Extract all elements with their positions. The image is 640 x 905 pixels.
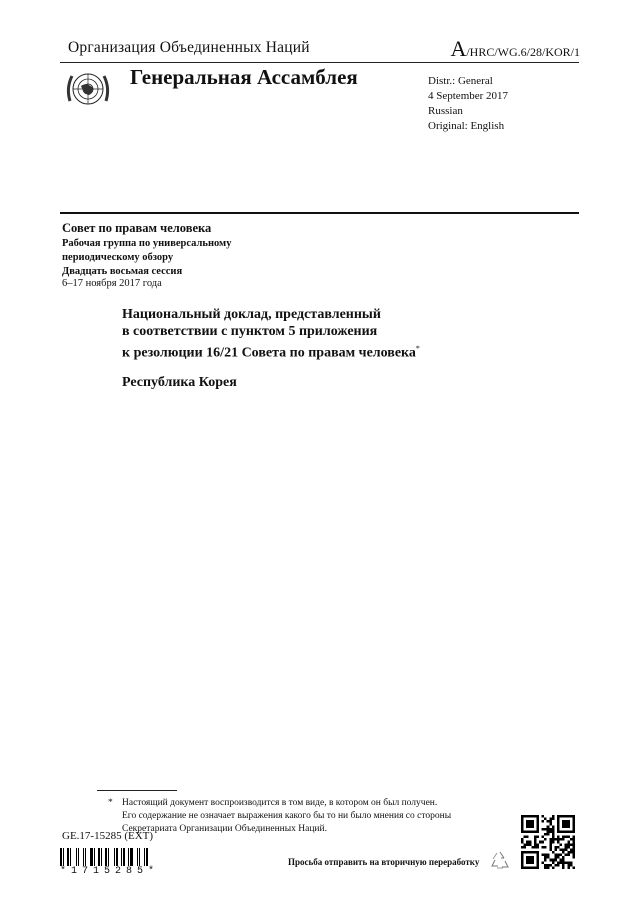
working-group-line1: Рабочая группа по универсальному bbox=[62, 237, 231, 251]
job-number: GE.17-15285 (EXT) bbox=[62, 830, 153, 842]
qr-code-icon bbox=[521, 815, 575, 869]
symbol-rest: /HRC/WG.6/28/KOR/1 bbox=[466, 45, 580, 59]
session-dates: 6–17 ноября 2017 года bbox=[62, 278, 162, 289]
footnote: * Настоящий документ воспроизводится в т… bbox=[108, 797, 451, 836]
document-symbol: A/HRC/WG.6/28/KOR/1 bbox=[450, 36, 580, 62]
distr-language: Russian bbox=[428, 104, 508, 119]
distr-status: Distr.: General bbox=[428, 74, 508, 89]
footnote-line2: Его содержание не означает выражения как… bbox=[122, 810, 451, 823]
symbol-prefix: A bbox=[450, 36, 466, 61]
working-group-line2: периодическому обзору bbox=[62, 251, 231, 265]
footnote-rule bbox=[97, 790, 177, 791]
council-name: Совет по правам человека bbox=[62, 221, 211, 236]
barcode-text: *1715285* bbox=[60, 866, 159, 877]
distr-date: 4 September 2017 bbox=[428, 89, 508, 104]
title-line3: к резолюции 16/21 Совета по правам челов… bbox=[122, 346, 416, 361]
recycle-text: Просьба отправить на вторичную переработ… bbox=[288, 857, 479, 867]
un-emblem-icon bbox=[62, 66, 114, 112]
recycle-icon bbox=[489, 850, 511, 870]
footnote-mark: * bbox=[416, 344, 420, 353]
distr-original: Original: English bbox=[428, 119, 508, 134]
footnote-line1: Настоящий документ воспроизводится в том… bbox=[122, 797, 451, 810]
footnote-star: * bbox=[108, 797, 113, 810]
title-line2: в соответствии с пунктом 5 приложения bbox=[122, 323, 420, 340]
footnote-line3: Секретариата Организации Объединенных На… bbox=[122, 823, 451, 836]
header-rule bbox=[60, 62, 579, 63]
session-name: Двадцать восьмая сессия bbox=[62, 265, 231, 279]
barcode-icon bbox=[60, 848, 155, 866]
organization-name: Организация Объединенных Наций bbox=[68, 39, 310, 57]
title-line1: Национальный доклад, представленный bbox=[122, 306, 420, 323]
distribution-block: Distr.: General 4 September 2017 Russian… bbox=[428, 74, 508, 134]
working-group: Рабочая группа по универсальному периоди… bbox=[62, 237, 231, 279]
body-name: Генеральная Ассамблея bbox=[130, 65, 358, 90]
document-title: Национальный доклад, представленный в со… bbox=[122, 306, 420, 362]
country-name: Республика Корея bbox=[122, 375, 237, 391]
section-rule bbox=[60, 212, 579, 214]
